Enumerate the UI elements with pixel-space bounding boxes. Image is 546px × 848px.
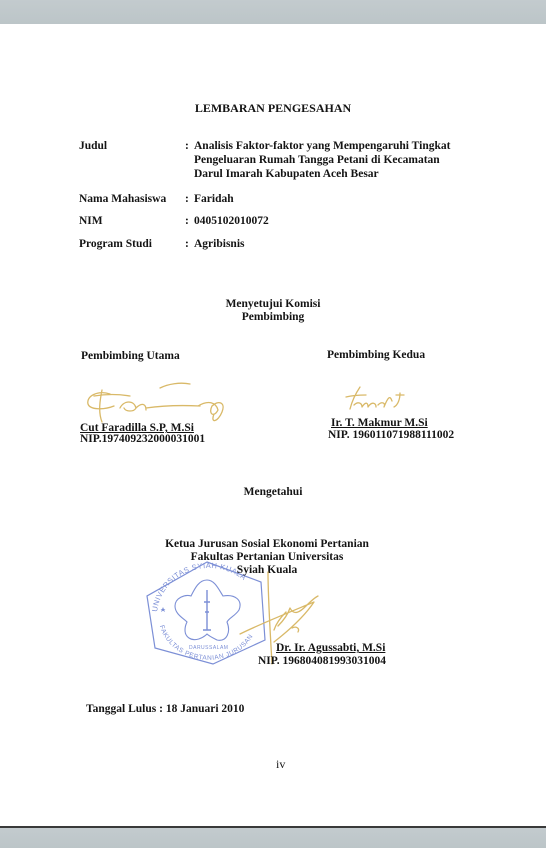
title-line-1: Analisis Faktor-faktor yang Mempengaruhi… bbox=[194, 141, 450, 153]
stamp-center-label: DARUSSALAM bbox=[189, 645, 228, 651]
field-separator: : bbox=[185, 141, 189, 153]
signature-advisor-2 bbox=[340, 383, 410, 413]
scan-border-bottom bbox=[0, 826, 546, 848]
student-name: Faridah bbox=[194, 194, 234, 206]
graduation-separator: : bbox=[159, 703, 163, 715]
approval-heading-line-1: Menyetujui Komisi bbox=[0, 299, 546, 311]
advisor-1-nip: NIP.197409232000031001 bbox=[80, 434, 205, 446]
graduation-value: 18 Januari 2010 bbox=[166, 703, 245, 715]
advisor-2-nip: NIP. 196011071988111002 bbox=[328, 430, 454, 442]
department-head-name: Dr. Ir. Agussabti, M.Si bbox=[276, 643, 385, 655]
field-separator: : bbox=[185, 239, 189, 251]
approval-heading-line-2: Pembimbing bbox=[0, 312, 546, 324]
advisor-2-role: Pembimbing Kedua bbox=[327, 350, 425, 362]
title-line-3: Darul Imarah Kabupaten Aceh Besar bbox=[194, 169, 379, 181]
title-line-2: Pengeluaran Rumah Tangga Petani di Kecam… bbox=[194, 155, 440, 167]
head-title-line-2: Fakultas Pertanian Universitas bbox=[0, 552, 540, 564]
acknowledged-heading: Mengetahui bbox=[0, 487, 546, 499]
advisor-1-role: Pembimbing Utama bbox=[81, 351, 180, 363]
graduation-date: Tanggal Lulus : 18 Januari 2010 bbox=[86, 704, 244, 716]
scan-border-top bbox=[0, 0, 546, 24]
field-label-judul: Judul bbox=[79, 141, 107, 153]
page-title: LEMBARAN PENGESAHAN bbox=[0, 102, 546, 114]
graduation-label: Tanggal Lulus bbox=[86, 703, 156, 715]
field-label-program: Program Studi bbox=[79, 239, 152, 251]
page-number: iv bbox=[276, 758, 285, 770]
field-separator: : bbox=[185, 194, 189, 206]
field-label-nama: Nama Mahasiswa bbox=[79, 194, 166, 206]
field-separator: : bbox=[185, 216, 189, 228]
field-label-nim: NIM bbox=[79, 216, 103, 228]
advisor-2-name: Ir. T. Makmur M.Si bbox=[331, 418, 428, 430]
head-title-line-1: Ketua Jurusan Sosial Ekonomi Pertanian bbox=[0, 539, 540, 551]
student-nim: 0405102010072 bbox=[194, 216, 269, 228]
department-head-nip: NIP. 196804081993031004 bbox=[258, 656, 386, 668]
signature-advisor-1 bbox=[80, 378, 280, 428]
study-program: Agribisnis bbox=[194, 239, 245, 251]
